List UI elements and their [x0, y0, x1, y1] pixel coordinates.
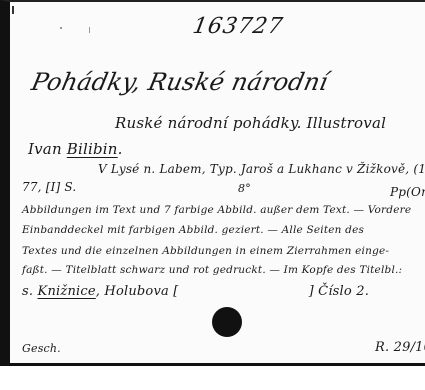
scan-speck — [60, 27, 62, 29]
pagination: 77, [I] S. — [22, 180, 76, 194]
acquisition-note: Gesch. — [22, 342, 61, 355]
description-note: Textes und die einzelnen Abbildungen in … — [22, 245, 389, 257]
book-format: 8° — [238, 182, 251, 195]
series-line: s. Knižnice, Holubova [] Číslo 2. — [22, 284, 369, 299]
description-note: faßt. — Titelblatt schwarz und rot gedru… — [22, 264, 402, 276]
author-surname: Bilibin — [67, 140, 118, 158]
series-prefix: s. — [22, 284, 38, 299]
imprint-line: V Lysé n. Labem, Typ. Jaroš a Lukhanc v … — [98, 162, 425, 176]
scan-mark — [12, 6, 14, 14]
description-note: Einbanddeckel mit farbigen Abbild. gezie… — [22, 224, 364, 236]
author-suffix: . — [118, 140, 123, 158]
description-note: Abbildungen im Text und 7 farbige Abbild… — [22, 204, 411, 216]
subject-heading: Pohádky, Ruské národní — [29, 68, 331, 96]
accession-number: 163727 — [191, 14, 285, 39]
punch-hole — [212, 307, 242, 337]
author-line: Ivan Bilibin. — [28, 140, 123, 158]
author-first-name: Ivan — [28, 140, 67, 158]
series-rest: , Holubova [ — [96, 284, 179, 299]
series-number: ] Číslo 2. — [309, 284, 370, 299]
catalog-card: 163727 Pohádky, Ruské národní Ruské náro… — [0, 0, 425, 366]
binding-note: Pp(Orig.) — [390, 185, 425, 199]
series-name: Knižnice — [38, 284, 96, 299]
title-line: Ruské národní pohádky. Illustroval — [115, 114, 386, 132]
date-stamp: R. 29/10 42 — [375, 340, 425, 355]
scan-speck — [89, 27, 90, 33]
